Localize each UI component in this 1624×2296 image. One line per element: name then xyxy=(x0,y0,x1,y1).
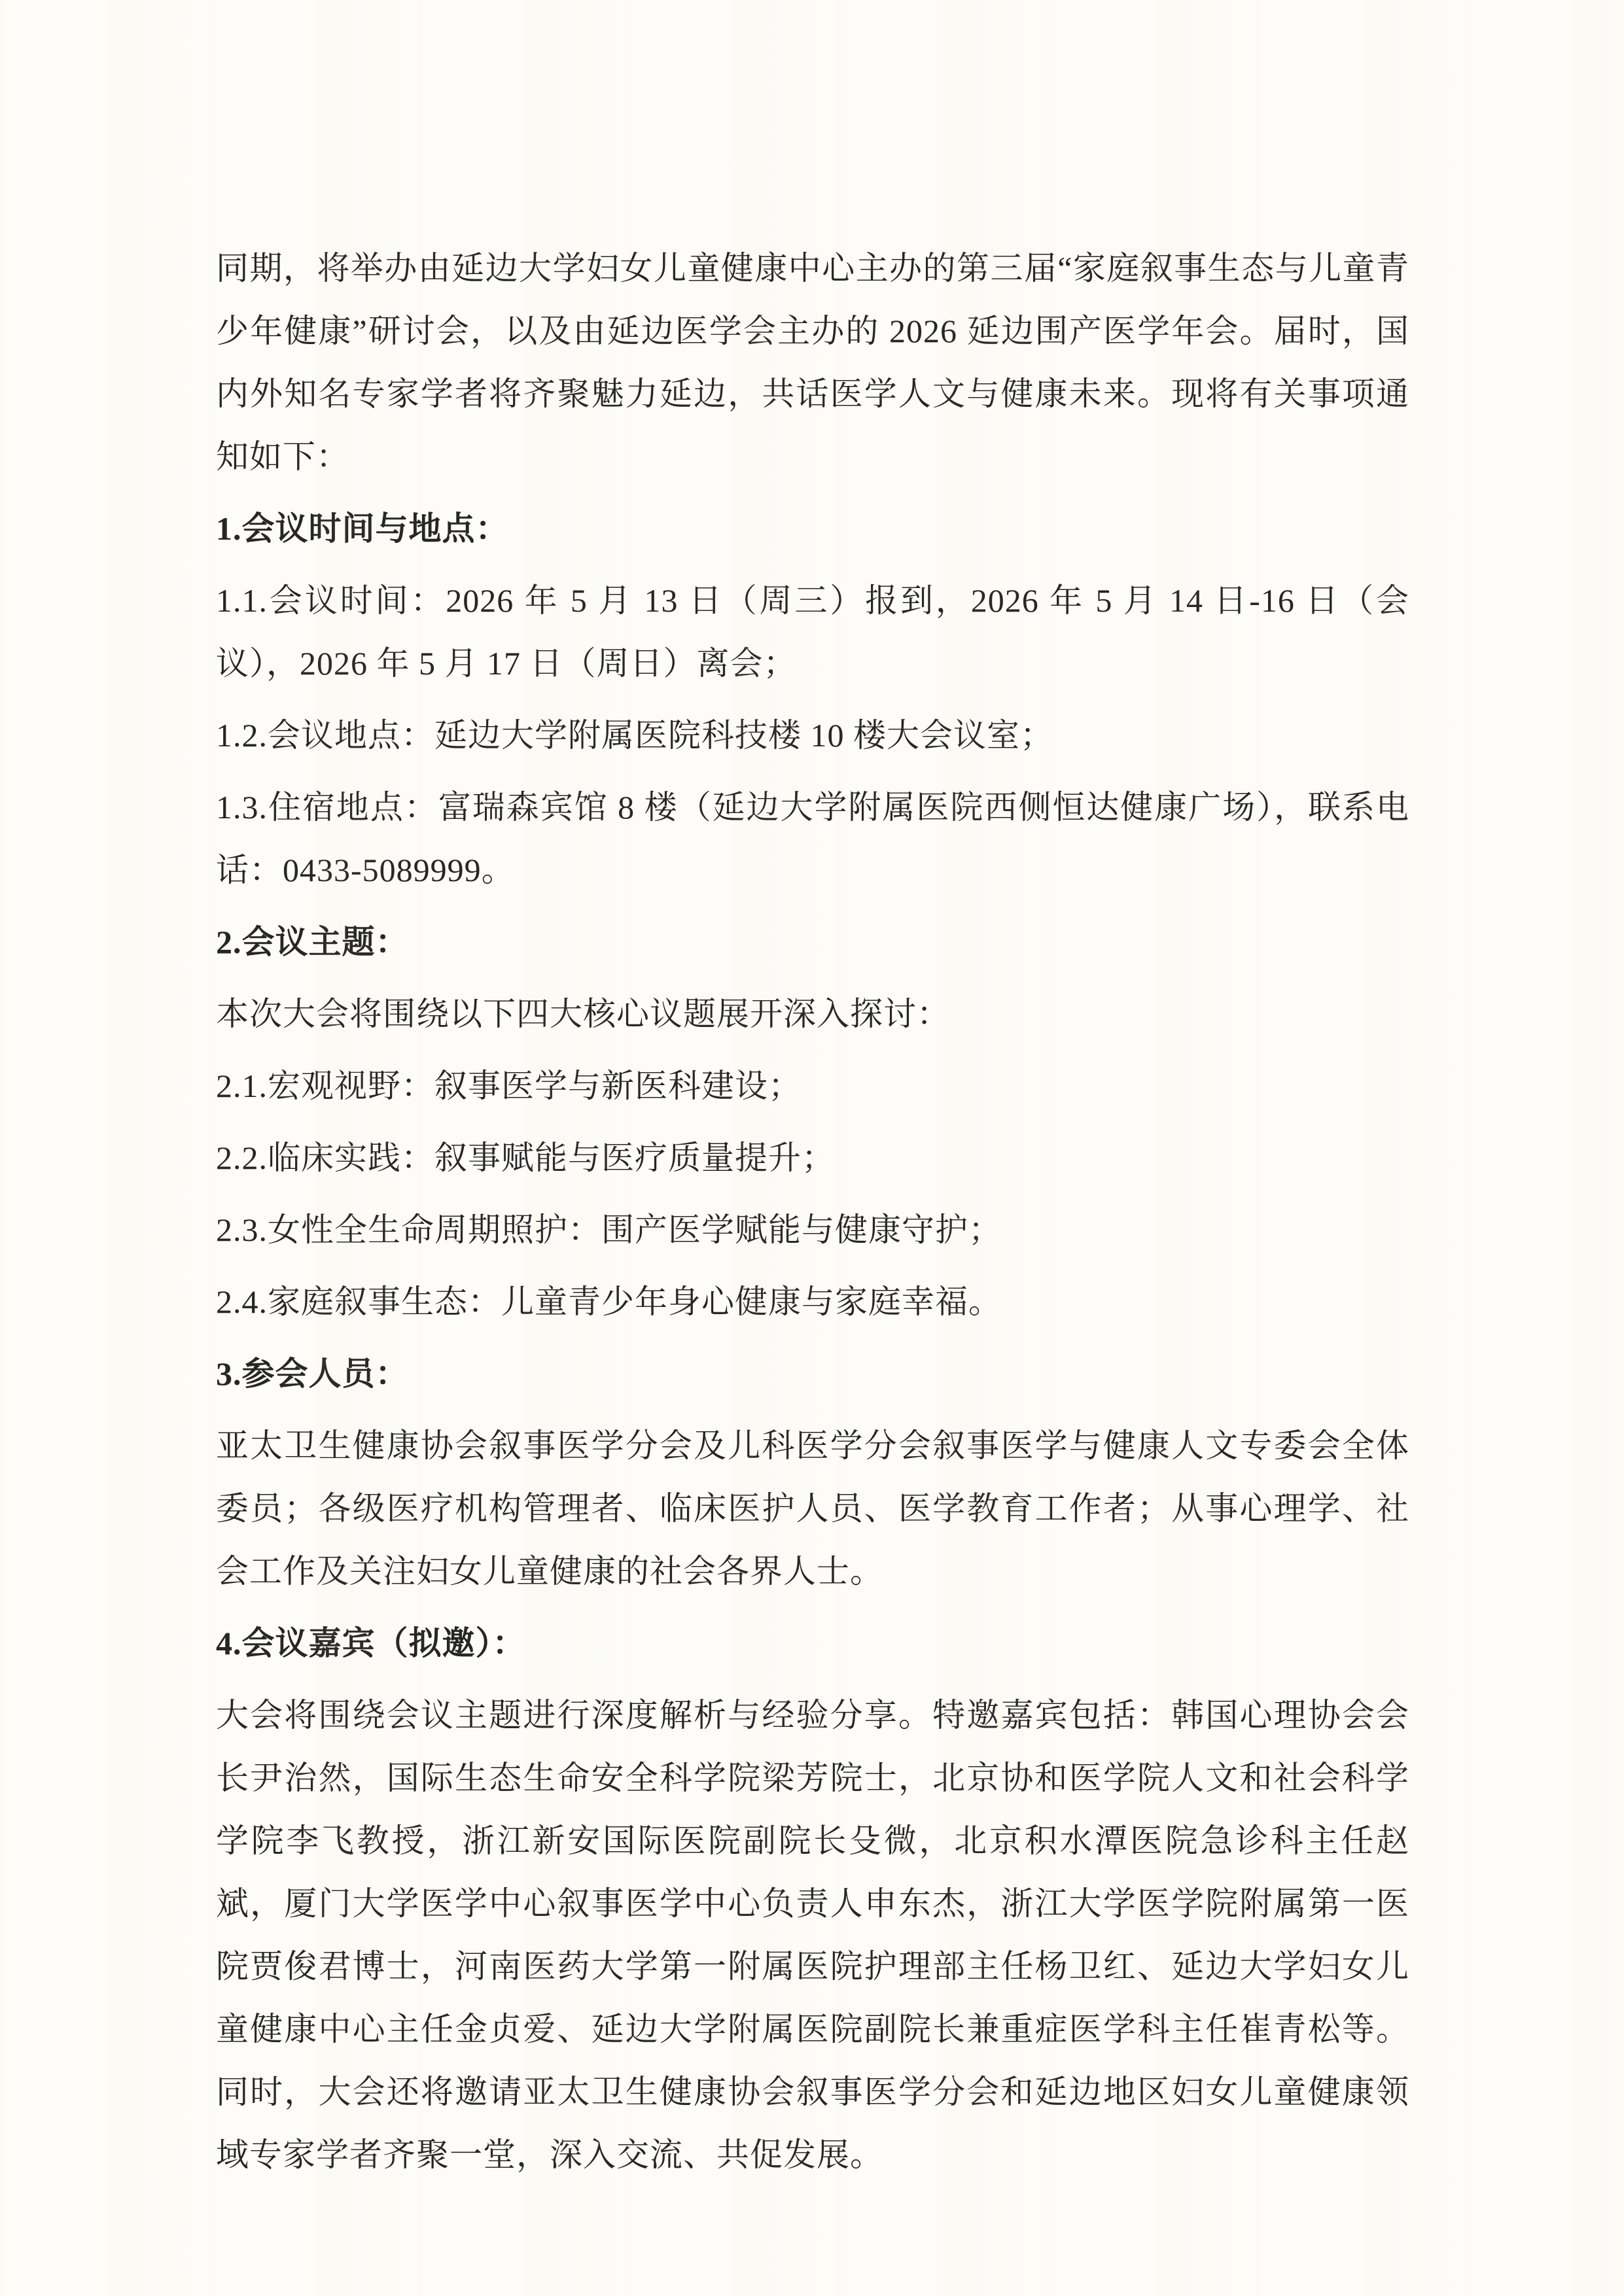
topic-3-paragraph: 2.3.女性全生命周期照护：围产医学赋能与健康守护； xyxy=(216,1198,1409,1261)
document-body: 同期，将举办由延边大学妇女儿童健康中心主办的第三届“家庭叙事生态与儿童青少年健康… xyxy=(216,237,1409,2186)
section-heading-topics: 2.会议主题： xyxy=(216,911,1409,973)
section-heading-time-location: 1.会议时间与地点： xyxy=(216,497,1409,560)
guests-paragraph: 大会将围绕会议主题进行深度解析与经验分享。特邀嘉宾包括：韩国心理协会会长尹治然，… xyxy=(216,1684,1409,2186)
document-page: 同期，将举办由延边大学妇女儿童健康中心主办的第三届“家庭叙事生态与儿童青少年健康… xyxy=(0,0,1624,2296)
accommodation-paragraph: 1.3.住宿地点：富瑞森宾馆 8 楼（延边大学附属医院西侧恒达健康广场），联系电… xyxy=(216,776,1409,901)
topic-2-paragraph: 2.2.临床实践：叙事赋能与医疗质量提升； xyxy=(216,1126,1409,1189)
topic-1-paragraph: 2.1.宏观视野：叙事医学与新医科建设； xyxy=(216,1054,1409,1117)
meeting-time-paragraph: 1.1.会议时间：2026 年 5 月 13 日（周三）报到，2026 年 5 … xyxy=(216,569,1409,695)
intro-paragraph: 同期，将举办由延边大学妇女儿童健康中心主办的第三届“家庭叙事生态与儿童青少年健康… xyxy=(216,237,1409,488)
topic-4-paragraph: 2.4.家庭叙事生态：儿童青少年身心健康与家庭幸福。 xyxy=(216,1270,1409,1333)
meeting-place-paragraph: 1.2.会议地点：延边大学附属医院科技楼 10 楼大会议室； xyxy=(216,704,1409,767)
topics-intro-paragraph: 本次大会将围绕以下四大核心议题展开深入探讨： xyxy=(216,983,1409,1045)
section-heading-participants: 3.参会人员： xyxy=(216,1342,1409,1405)
participants-paragraph: 亚太卫生健康协会叙事医学分会及儿科医学分会叙事医学与健康人文专委会全体委员；各级… xyxy=(216,1414,1409,1603)
section-heading-guests: 4.会议嘉宾（拟邀）： xyxy=(216,1612,1409,1675)
